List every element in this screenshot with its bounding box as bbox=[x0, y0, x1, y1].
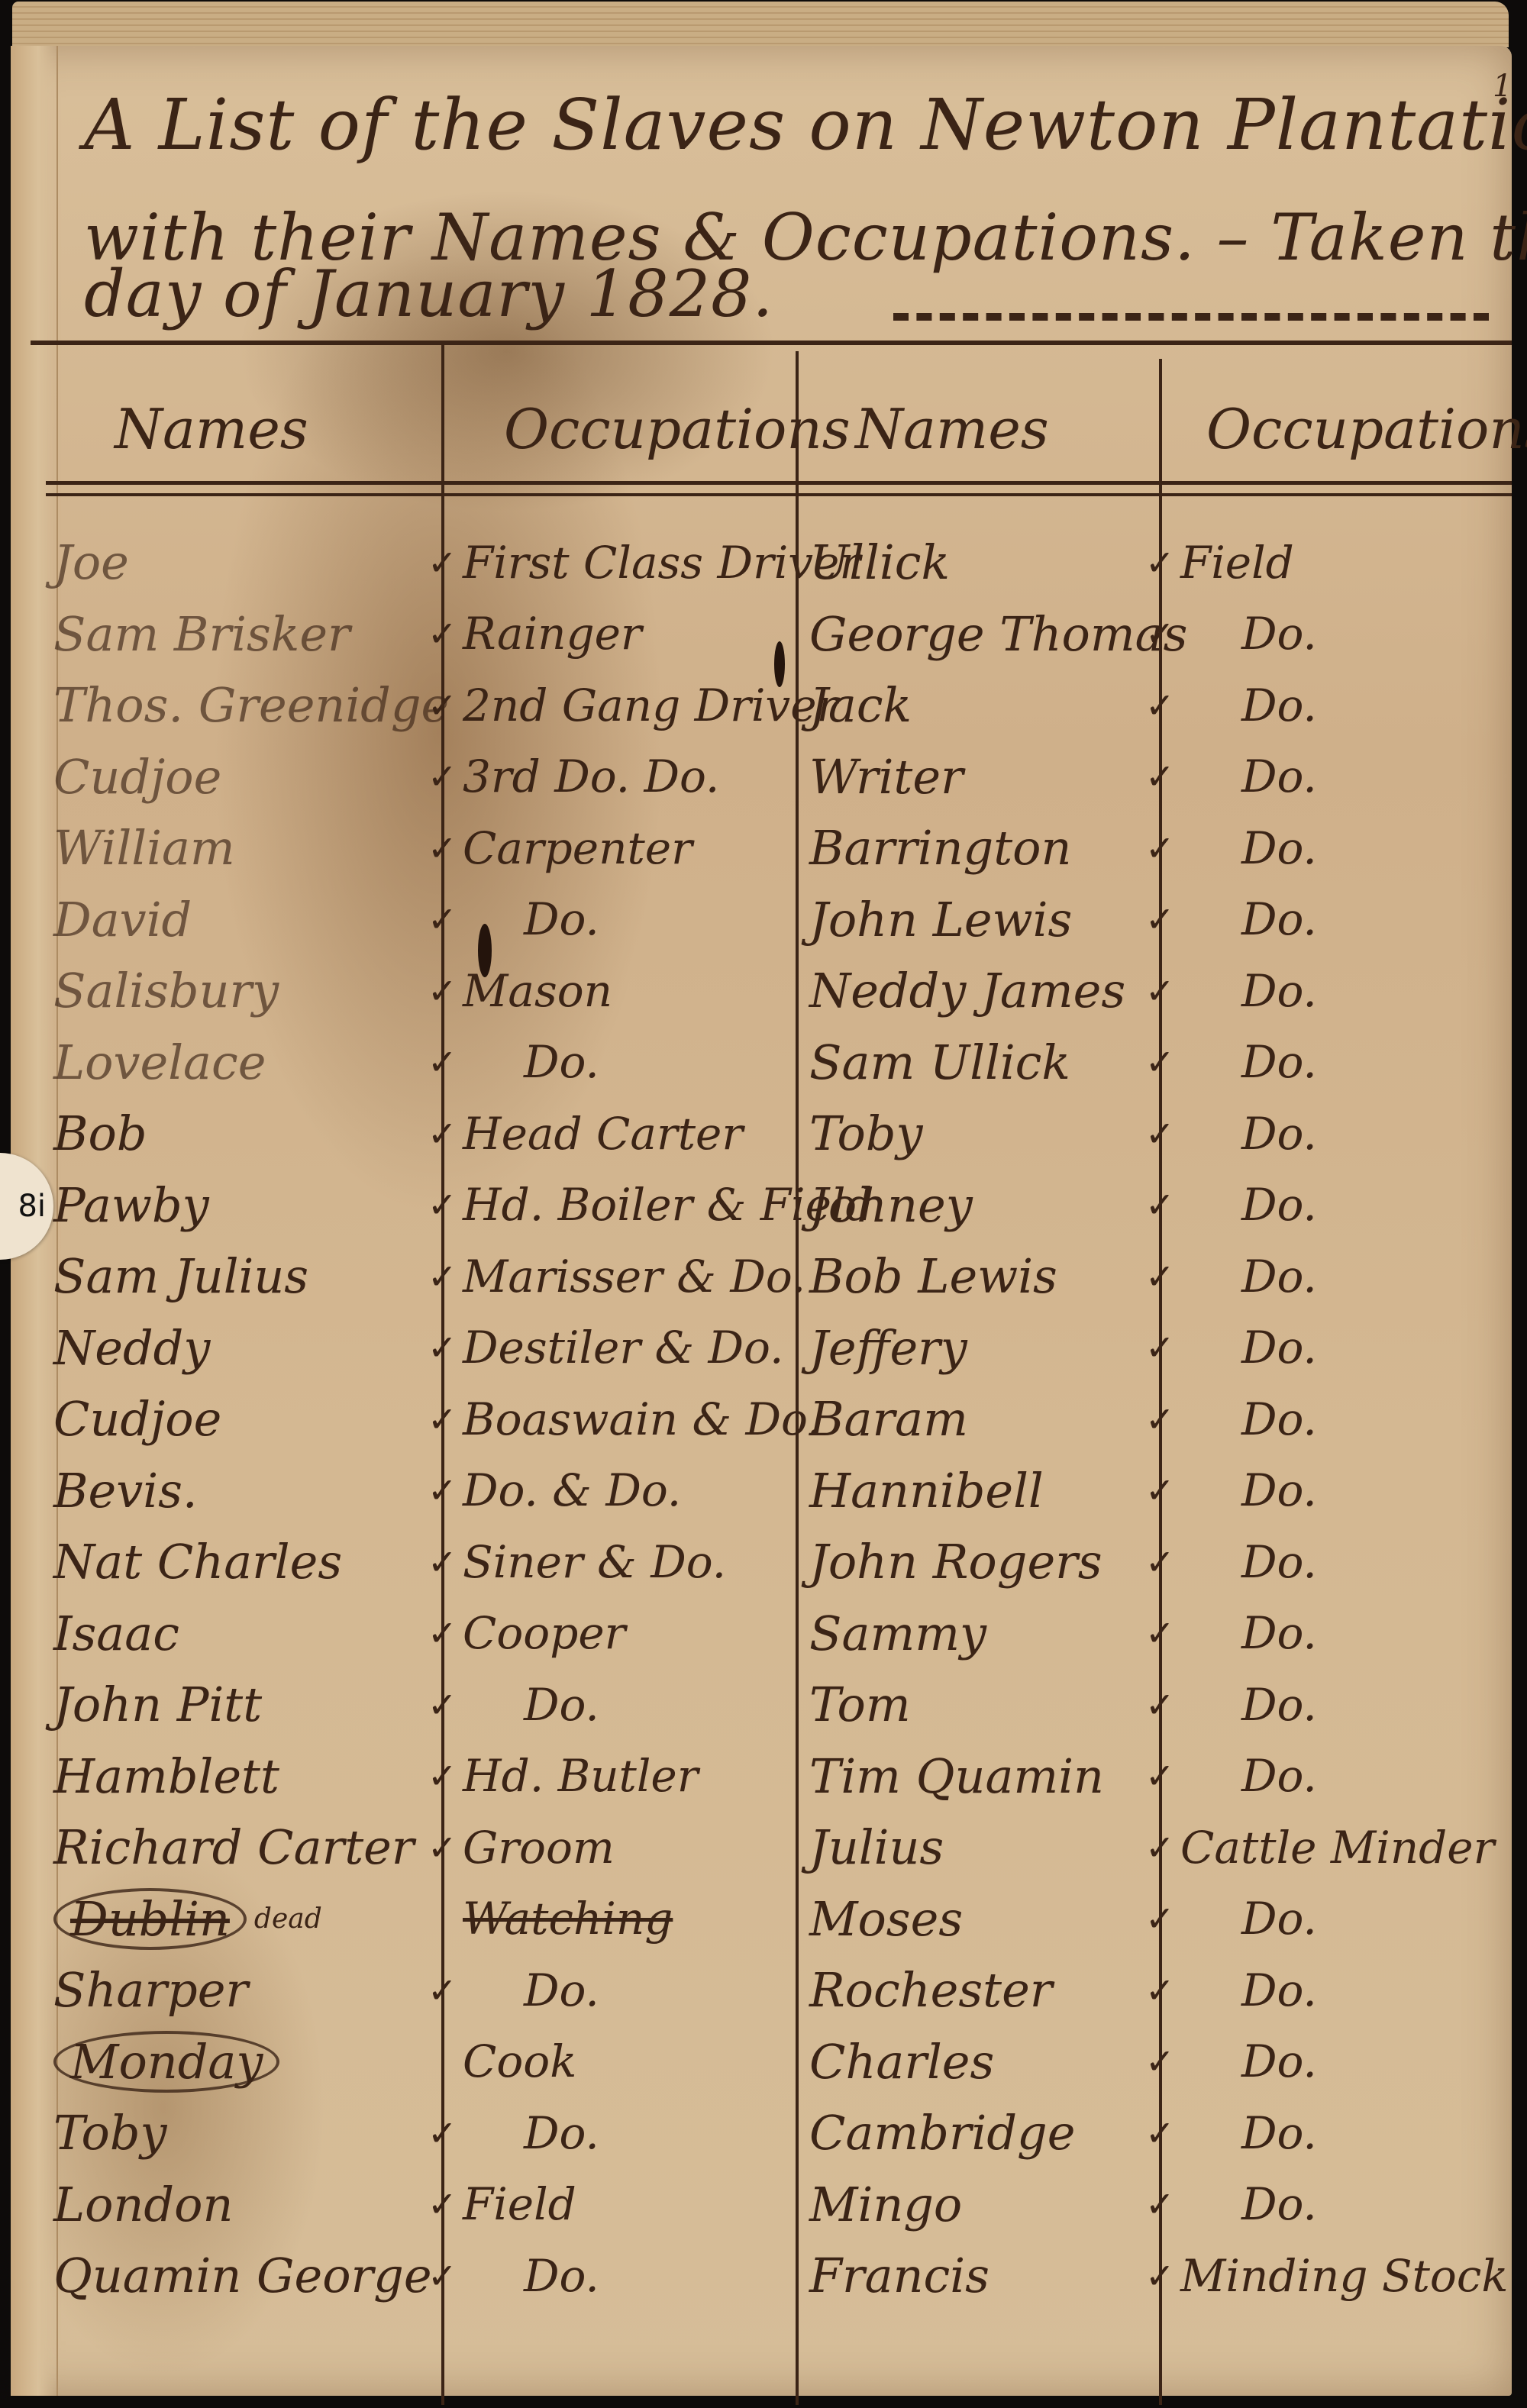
person-name: Cudjoe bbox=[53, 1391, 221, 1447]
name-cell: Toby bbox=[809, 1098, 1161, 1170]
occupation-text: Cattle Minder bbox=[1180, 1822, 1494, 1874]
occupation-text: Destiler & Do. bbox=[463, 1322, 783, 1373]
occupation-cell: ✓Boaswain & Do. bbox=[428, 1383, 794, 1455]
name-cell: Jack bbox=[809, 670, 1161, 741]
person-name: Writer bbox=[809, 749, 964, 805]
occupation-cell: ✓Do. bbox=[1145, 1669, 1512, 1741]
name-cell: Richard Carter bbox=[53, 1812, 439, 1883]
name-cell: Cudjoe bbox=[53, 741, 439, 813]
name-cell: Nat Charles bbox=[53, 1526, 439, 1598]
occupation-cell: ✓Groom bbox=[428, 1812, 794, 1883]
person-name: Lovelace bbox=[53, 1035, 266, 1090]
page-stack-edges bbox=[12, 2, 1509, 47]
occupation-text: Do. bbox=[1180, 1036, 1317, 1088]
occupation-text: Do. bbox=[1180, 679, 1317, 731]
name-cell: George Thomas bbox=[809, 599, 1161, 670]
left-occupations-column: ✓First Class Driver✓Rainger✓2nd Gang Dri… bbox=[428, 527, 794, 2312]
occupation-text: Minding Stock bbox=[1180, 2250, 1508, 2302]
name-cell: Toby bbox=[53, 2097, 439, 2169]
occupation-cell: Watching bbox=[428, 1883, 794, 1955]
person-name: Barrington bbox=[809, 820, 1071, 876]
name-cell: John Rogers bbox=[809, 1526, 1161, 1598]
occupation-text: Do. bbox=[1180, 822, 1317, 874]
name-cell: Barrington bbox=[809, 812, 1161, 884]
occupation-text: Do. bbox=[1180, 1251, 1317, 1302]
name-cell: Baram bbox=[809, 1383, 1161, 1455]
person-name: John Lewis bbox=[809, 892, 1072, 947]
check-mark-icon: ✓ bbox=[428, 1113, 455, 1154]
person-name: Neddy bbox=[53, 1320, 210, 1376]
name-cell: Sammy bbox=[809, 1598, 1161, 1670]
person-name: Julius bbox=[809, 1819, 944, 1875]
occupation-cell: ✓Do. bbox=[1145, 1954, 1512, 2026]
check-mark-icon: ✓ bbox=[1145, 2255, 1173, 2297]
person-name: Sam Julius bbox=[53, 1248, 308, 1304]
person-name: William bbox=[53, 820, 235, 876]
right-names-column: UllickGeorge ThomasJackWriterBarringtonJ… bbox=[809, 527, 1161, 2312]
check-mark-icon: ✓ bbox=[428, 1470, 455, 1511]
check-mark-icon: ✓ bbox=[1145, 542, 1173, 583]
check-mark-icon: ✓ bbox=[1145, 1541, 1173, 1583]
check-mark-icon: ✓ bbox=[428, 756, 455, 797]
header-left-occupations: Occupations bbox=[504, 397, 851, 461]
occupation-cell: ✓Cattle Minder bbox=[1145, 1812, 1512, 1883]
occupation-cell: ✓Do. bbox=[1145, 1241, 1512, 1312]
occupation-cell: ✓Do. bbox=[1145, 1170, 1512, 1241]
name-cell: Thos. Greenidge bbox=[53, 670, 439, 741]
occupation-cell: ✓Cooper bbox=[428, 1598, 794, 1670]
person-name: John Rogers bbox=[809, 1534, 1102, 1590]
occupation-cell: ✓Hd. Boiler & Field bbox=[428, 1170, 794, 1241]
check-mark-icon: ✓ bbox=[428, 1684, 455, 1725]
check-mark-icon: ✓ bbox=[1145, 1612, 1173, 1654]
name-cell: Tom bbox=[809, 1669, 1161, 1741]
title-dash-rule bbox=[893, 313, 1489, 321]
person-name: Tom bbox=[809, 1677, 911, 1732]
name-cell: Pawby bbox=[53, 1170, 439, 1241]
person-name: Nat Charles bbox=[53, 1534, 342, 1590]
occupation-text: Do. bbox=[1180, 1322, 1317, 1373]
person-name: Joe bbox=[53, 534, 129, 590]
name-cell: Monday bbox=[53, 2026, 439, 2098]
name-cell: Francis bbox=[809, 2240, 1161, 2312]
occupation-text: Do. bbox=[463, 2107, 599, 2159]
check-mark-icon: ✓ bbox=[428, 1755, 455, 1796]
person-name: Sam Brisker bbox=[53, 606, 350, 662]
person-name: Sammy bbox=[809, 1606, 986, 1661]
person-name: Charles bbox=[809, 2034, 994, 2090]
occupation-cell: ✓Minding Stock bbox=[1145, 2240, 1512, 2312]
name-cell: Julius bbox=[809, 1812, 1161, 1883]
person-name: Toby bbox=[53, 2105, 167, 2161]
occupation-text: Do. bbox=[1180, 1964, 1317, 2016]
check-mark-icon: ✓ bbox=[1145, 1041, 1173, 1083]
name-cell: Rochester bbox=[809, 1954, 1161, 2026]
occupation-text: Do. & Do. bbox=[463, 1464, 681, 1516]
name-cell: Charles bbox=[809, 2026, 1161, 2098]
name-cell: Sam Brisker bbox=[53, 599, 439, 670]
header-rule-bottom bbox=[46, 493, 1512, 496]
name-cell: London bbox=[53, 2169, 439, 2241]
check-mark-icon: ✓ bbox=[1145, 1113, 1173, 1154]
occupation-text: Rainger bbox=[463, 608, 642, 660]
occupation-cell: ✓Do. bbox=[1145, 2097, 1512, 2169]
check-mark-icon: ✓ bbox=[428, 1541, 455, 1583]
check-mark-icon: ✓ bbox=[428, 1970, 455, 2011]
occupation-text: Do. bbox=[1180, 1679, 1317, 1731]
name-cell: Neddy bbox=[53, 1312, 439, 1384]
person-name: Bob bbox=[53, 1106, 147, 1161]
header-right-names: Names bbox=[855, 397, 1049, 461]
person-name: Jeffery bbox=[809, 1320, 967, 1376]
person-name: Bob Lewis bbox=[809, 1248, 1057, 1304]
header-right-occupations: Occupations bbox=[1206, 397, 1527, 461]
person-name: Sharper bbox=[53, 1962, 248, 2018]
person-name: Tim Quamin bbox=[809, 1748, 1104, 1804]
occupation-text: Do. bbox=[1180, 1464, 1317, 1516]
occupation-text: Do. bbox=[1180, 2035, 1317, 2087]
name-cell: David bbox=[53, 884, 439, 956]
occupation-cell: ✓Head Carter bbox=[428, 1098, 794, 1170]
person-name: Neddy James bbox=[809, 963, 1125, 1018]
occupation-text: Do. bbox=[463, 1964, 599, 2016]
check-mark-icon: ✓ bbox=[428, 1041, 455, 1083]
check-mark-icon: ✓ bbox=[428, 685, 455, 726]
check-mark-icon: ✓ bbox=[428, 1612, 455, 1654]
name-cell: Writer bbox=[809, 741, 1161, 813]
left-names-column: JoeSam BriskerThos. GreenidgeCudjoeWilli… bbox=[53, 527, 439, 2312]
check-mark-icon: ✓ bbox=[1145, 756, 1173, 797]
name-cell: Cambridge bbox=[809, 2097, 1161, 2169]
occupation-text: Do. bbox=[1180, 965, 1317, 1017]
person-name: Sam Ullick bbox=[809, 1035, 1070, 1090]
check-mark-icon: ✓ bbox=[428, 2184, 455, 2225]
name-cell: William bbox=[53, 812, 439, 884]
name-cell: Joe bbox=[53, 527, 439, 599]
occupation-text: Do. bbox=[1180, 608, 1317, 660]
occupation-cell: ✓Do. bbox=[1145, 1455, 1512, 1527]
header-rule-top bbox=[46, 481, 1512, 485]
person-name: Quamin George bbox=[53, 2248, 432, 2303]
occupation-text: Do. bbox=[1180, 1536, 1317, 1588]
person-name: Thos. Greenidge bbox=[53, 677, 449, 733]
occupation-text: Do. bbox=[463, 1036, 599, 1088]
check-mark-icon: ✓ bbox=[428, 542, 455, 583]
occupation-text: Head Carter bbox=[463, 1108, 743, 1160]
ink-blot bbox=[478, 924, 492, 977]
occupation-cell: ✓Do. bbox=[428, 1669, 794, 1741]
name-cell: Moses bbox=[809, 1883, 1161, 1955]
occupation-cell: ✓Hd. Butler bbox=[428, 1741, 794, 1812]
occupation-text: Do. bbox=[1180, 1393, 1317, 1445]
occupation-cell: ✓Marisser & Do. bbox=[428, 1241, 794, 1312]
occupation-text: Groom bbox=[463, 1822, 615, 1874]
check-mark-icon: ✓ bbox=[1145, 1827, 1173, 1868]
person-name: Francis bbox=[809, 2248, 989, 2303]
name-cell: Hamblett bbox=[53, 1741, 439, 1812]
occupation-cell: ✓Rainger bbox=[428, 599, 794, 670]
check-mark-icon: ✓ bbox=[428, 1827, 455, 1868]
check-mark-icon: ✓ bbox=[428, 1327, 455, 1368]
name-cell: Quamin George bbox=[53, 2240, 439, 2312]
person-name: Cudjoe bbox=[53, 749, 221, 805]
check-mark-icon: ✓ bbox=[1145, 2041, 1173, 2082]
person-name: Hannibell bbox=[809, 1463, 1044, 1519]
name-cell: Neddy James bbox=[809, 955, 1161, 1027]
name-cell: Bevis. bbox=[53, 1455, 439, 1527]
occupation-text: First Class Driver bbox=[463, 537, 860, 589]
person-name: Richard Carter bbox=[53, 1819, 414, 1875]
check-mark-icon: ✓ bbox=[1145, 1327, 1173, 1368]
occupation-text: Do. bbox=[1180, 1607, 1317, 1659]
name-cell: Ullick bbox=[809, 527, 1161, 599]
occupation-text: Do. bbox=[1180, 893, 1317, 945]
person-name: David bbox=[53, 892, 192, 947]
occupation-cell: ✓3rd Do. Do. bbox=[428, 741, 794, 813]
occupation-cell: ✓Do. bbox=[1145, 2026, 1512, 2098]
name-cell: Sam Julius bbox=[53, 1241, 439, 1312]
name-cell: Salisbury bbox=[53, 955, 439, 1027]
right-occupations-column: ✓Field✓Do.✓Do.✓Do.✓Do.✓Do.✓Do.✓Do.✓Do.✓D… bbox=[1145, 527, 1512, 2312]
check-mark-icon: ✓ bbox=[1145, 1256, 1173, 1297]
name-cell: Johney bbox=[809, 1170, 1161, 1241]
check-mark-icon: ✓ bbox=[1145, 685, 1173, 726]
occupation-cell: ✓Carpenter bbox=[428, 812, 794, 884]
check-mark-icon: ✓ bbox=[1145, 2113, 1173, 2154]
occupation-cell: ✓Do. bbox=[1145, 741, 1512, 813]
occupation-cell: ✓Do. bbox=[428, 1027, 794, 1099]
name-cell: Bob Lewis bbox=[809, 1241, 1161, 1312]
person-name: Cambridge bbox=[809, 2105, 1075, 2161]
occupation-text: Do. bbox=[1180, 2107, 1317, 2159]
check-mark-icon: ✓ bbox=[1145, 1684, 1173, 1725]
occupation-text: Do. bbox=[1180, 1750, 1317, 1802]
check-mark-icon: ✓ bbox=[428, 1184, 455, 1225]
occupation-cell: ✓Destiler & Do. bbox=[428, 1312, 794, 1384]
occupation-cell: ✓Do. bbox=[1145, 1098, 1512, 1170]
document-date-line: day of January 1828. bbox=[84, 257, 773, 331]
person-name: Ullick bbox=[809, 534, 950, 590]
name-cell: John Lewis bbox=[809, 884, 1161, 956]
check-mark-icon: ✓ bbox=[1145, 1755, 1173, 1796]
occupation-text: Do. bbox=[463, 2250, 599, 2302]
ink-blot bbox=[774, 641, 785, 687]
check-mark-icon: ✓ bbox=[1145, 1399, 1173, 1440]
occupation-cell: ✓Do. bbox=[1145, 1598, 1512, 1670]
annotation-note: dead bbox=[254, 1903, 322, 1935]
occupation-cell: ✓Field bbox=[1145, 527, 1512, 599]
occupation-text: Do. bbox=[463, 1679, 599, 1731]
occupation-cell: ✓Do. bbox=[1145, 1526, 1512, 1598]
occupation-text: Do. bbox=[1180, 1108, 1317, 1160]
check-mark-icon: ✓ bbox=[1145, 970, 1173, 1012]
name-cell: Sam Ullick bbox=[809, 1027, 1161, 1099]
check-mark-icon: ✓ bbox=[1145, 1970, 1173, 2011]
occupation-cell: ✓Siner & Do. bbox=[428, 1526, 794, 1598]
person-name: Hamblett bbox=[53, 1748, 279, 1804]
check-mark-icon: ✓ bbox=[428, 1399, 455, 1440]
occupation-text: Field bbox=[463, 2178, 576, 2230]
check-mark-icon: ✓ bbox=[428, 899, 455, 940]
person-name: Jack bbox=[809, 677, 912, 733]
person-name: London bbox=[53, 2177, 233, 2232]
occupation-text: Do. bbox=[1180, 2178, 1317, 2230]
occupation-text: Cook bbox=[463, 2035, 576, 2087]
occupation-cell: ✓Do. bbox=[428, 1954, 794, 2026]
check-mark-icon: ✓ bbox=[1145, 828, 1173, 869]
person-name: Toby bbox=[809, 1106, 923, 1161]
document-title: A List of the Slaves on Newton Plantatio… bbox=[84, 84, 1527, 166]
occupation-text: Cooper bbox=[463, 1607, 625, 1659]
person-name: Monday bbox=[53, 2031, 279, 2093]
occupation-cell: ✓Do. bbox=[1145, 2169, 1512, 2241]
check-mark-icon: ✓ bbox=[1145, 1898, 1173, 1939]
occupation-cell: ✓2nd Gang Driver bbox=[428, 670, 794, 741]
title-underline-rule bbox=[31, 341, 1512, 345]
occupation-cell: ✓Do. bbox=[1145, 812, 1512, 884]
check-mark-icon: ✓ bbox=[1145, 2184, 1173, 2225]
occupation-text: Hd. Butler bbox=[463, 1750, 698, 1802]
occupation-cell: ✓Do. bbox=[1145, 884, 1512, 956]
column-divider-2 bbox=[796, 351, 799, 2405]
person-name: Moses bbox=[809, 1891, 963, 1947]
person-name: Johney bbox=[809, 1177, 973, 1233]
check-mark-icon: ✓ bbox=[1145, 1470, 1173, 1511]
occupation-cell: ✓Do. bbox=[1145, 1741, 1512, 1812]
person-name: Mingo bbox=[809, 2177, 962, 2232]
name-cell: John Pitt bbox=[53, 1669, 439, 1741]
name-cell: Mingo bbox=[809, 2169, 1161, 2241]
name-cell: Tim Quamin bbox=[809, 1741, 1161, 1812]
header-left-names: Names bbox=[115, 397, 308, 461]
check-mark-icon: ✓ bbox=[428, 970, 455, 1012]
occupation-cell: ✓Do. bbox=[428, 2240, 794, 2312]
name-cell: Cudjoe bbox=[53, 1383, 439, 1455]
check-mark-icon: ✓ bbox=[428, 613, 455, 654]
name-cell: Isaac bbox=[53, 1598, 439, 1670]
person-name: George Thomas bbox=[809, 606, 1187, 662]
occupation-cell: ✓Do. bbox=[1145, 1027, 1512, 1099]
person-name: John Pitt bbox=[53, 1677, 262, 1732]
check-mark-icon: ✓ bbox=[1145, 899, 1173, 940]
occupation-text: Do. bbox=[1180, 1893, 1317, 1945]
name-cell: Hannibell bbox=[809, 1455, 1161, 1527]
occupation-cell: ✓Do. bbox=[428, 2097, 794, 2169]
person-name: Isaac bbox=[53, 1606, 179, 1661]
person-name: Baram bbox=[809, 1391, 968, 1447]
occupation-text: Do. bbox=[1180, 750, 1317, 802]
occupation-text: Watching bbox=[463, 1893, 673, 1945]
occupation-cell: ✓Do. bbox=[1145, 955, 1512, 1027]
occupation-text: Marisser & Do. bbox=[463, 1251, 805, 1302]
check-mark-icon: ✓ bbox=[1145, 613, 1173, 654]
person-name: Pawby bbox=[53, 1177, 209, 1233]
check-mark-icon: ✓ bbox=[1145, 1184, 1173, 1225]
occupation-cell: ✓Do. bbox=[1145, 1383, 1512, 1455]
name-cell: Sharper bbox=[53, 1954, 439, 2026]
occupation-cell: Cook bbox=[428, 2026, 794, 2098]
name-cell: Jeffery bbox=[809, 1312, 1161, 1384]
name-cell: Dublindead bbox=[53, 1883, 439, 1955]
occupation-text: Field bbox=[1180, 537, 1294, 589]
name-cell: Bob bbox=[53, 1098, 439, 1170]
occupation-cell: ✓Do. bbox=[1145, 1312, 1512, 1384]
check-mark-icon: ✓ bbox=[428, 2255, 455, 2297]
occupation-text: Do. bbox=[1180, 1179, 1317, 1231]
occupation-text: Boaswain & Do. bbox=[463, 1393, 821, 1445]
person-name: Rochester bbox=[809, 1962, 1052, 2018]
check-mark-icon: ✓ bbox=[428, 2113, 455, 2154]
occupation-cell: ✓Do. bbox=[1145, 1883, 1512, 1955]
person-name: Dublin bbox=[53, 1888, 247, 1950]
check-mark-icon: ✓ bbox=[428, 1256, 455, 1297]
occupation-cell: ✓Do. & Do. bbox=[428, 1455, 794, 1527]
occupation-cell: ✓Do. bbox=[1145, 670, 1512, 741]
person-name: Bevis. bbox=[53, 1463, 198, 1519]
occupation-text: Siner & Do. bbox=[463, 1536, 726, 1588]
occupation-cell: ✓First Class Driver bbox=[428, 527, 794, 599]
occupation-cell: ✓Do. bbox=[1145, 599, 1512, 670]
occupation-text: 2nd Gang Driver bbox=[463, 679, 838, 731]
occupation-text: Carpenter bbox=[463, 822, 692, 874]
person-name: Salisbury bbox=[53, 963, 279, 1018]
occupation-text: 3rd Do. Do. bbox=[463, 750, 719, 802]
check-mark-icon: ✓ bbox=[428, 828, 455, 869]
name-cell: Lovelace bbox=[53, 1027, 439, 1099]
occupation-cell: ✓Field bbox=[428, 2169, 794, 2241]
